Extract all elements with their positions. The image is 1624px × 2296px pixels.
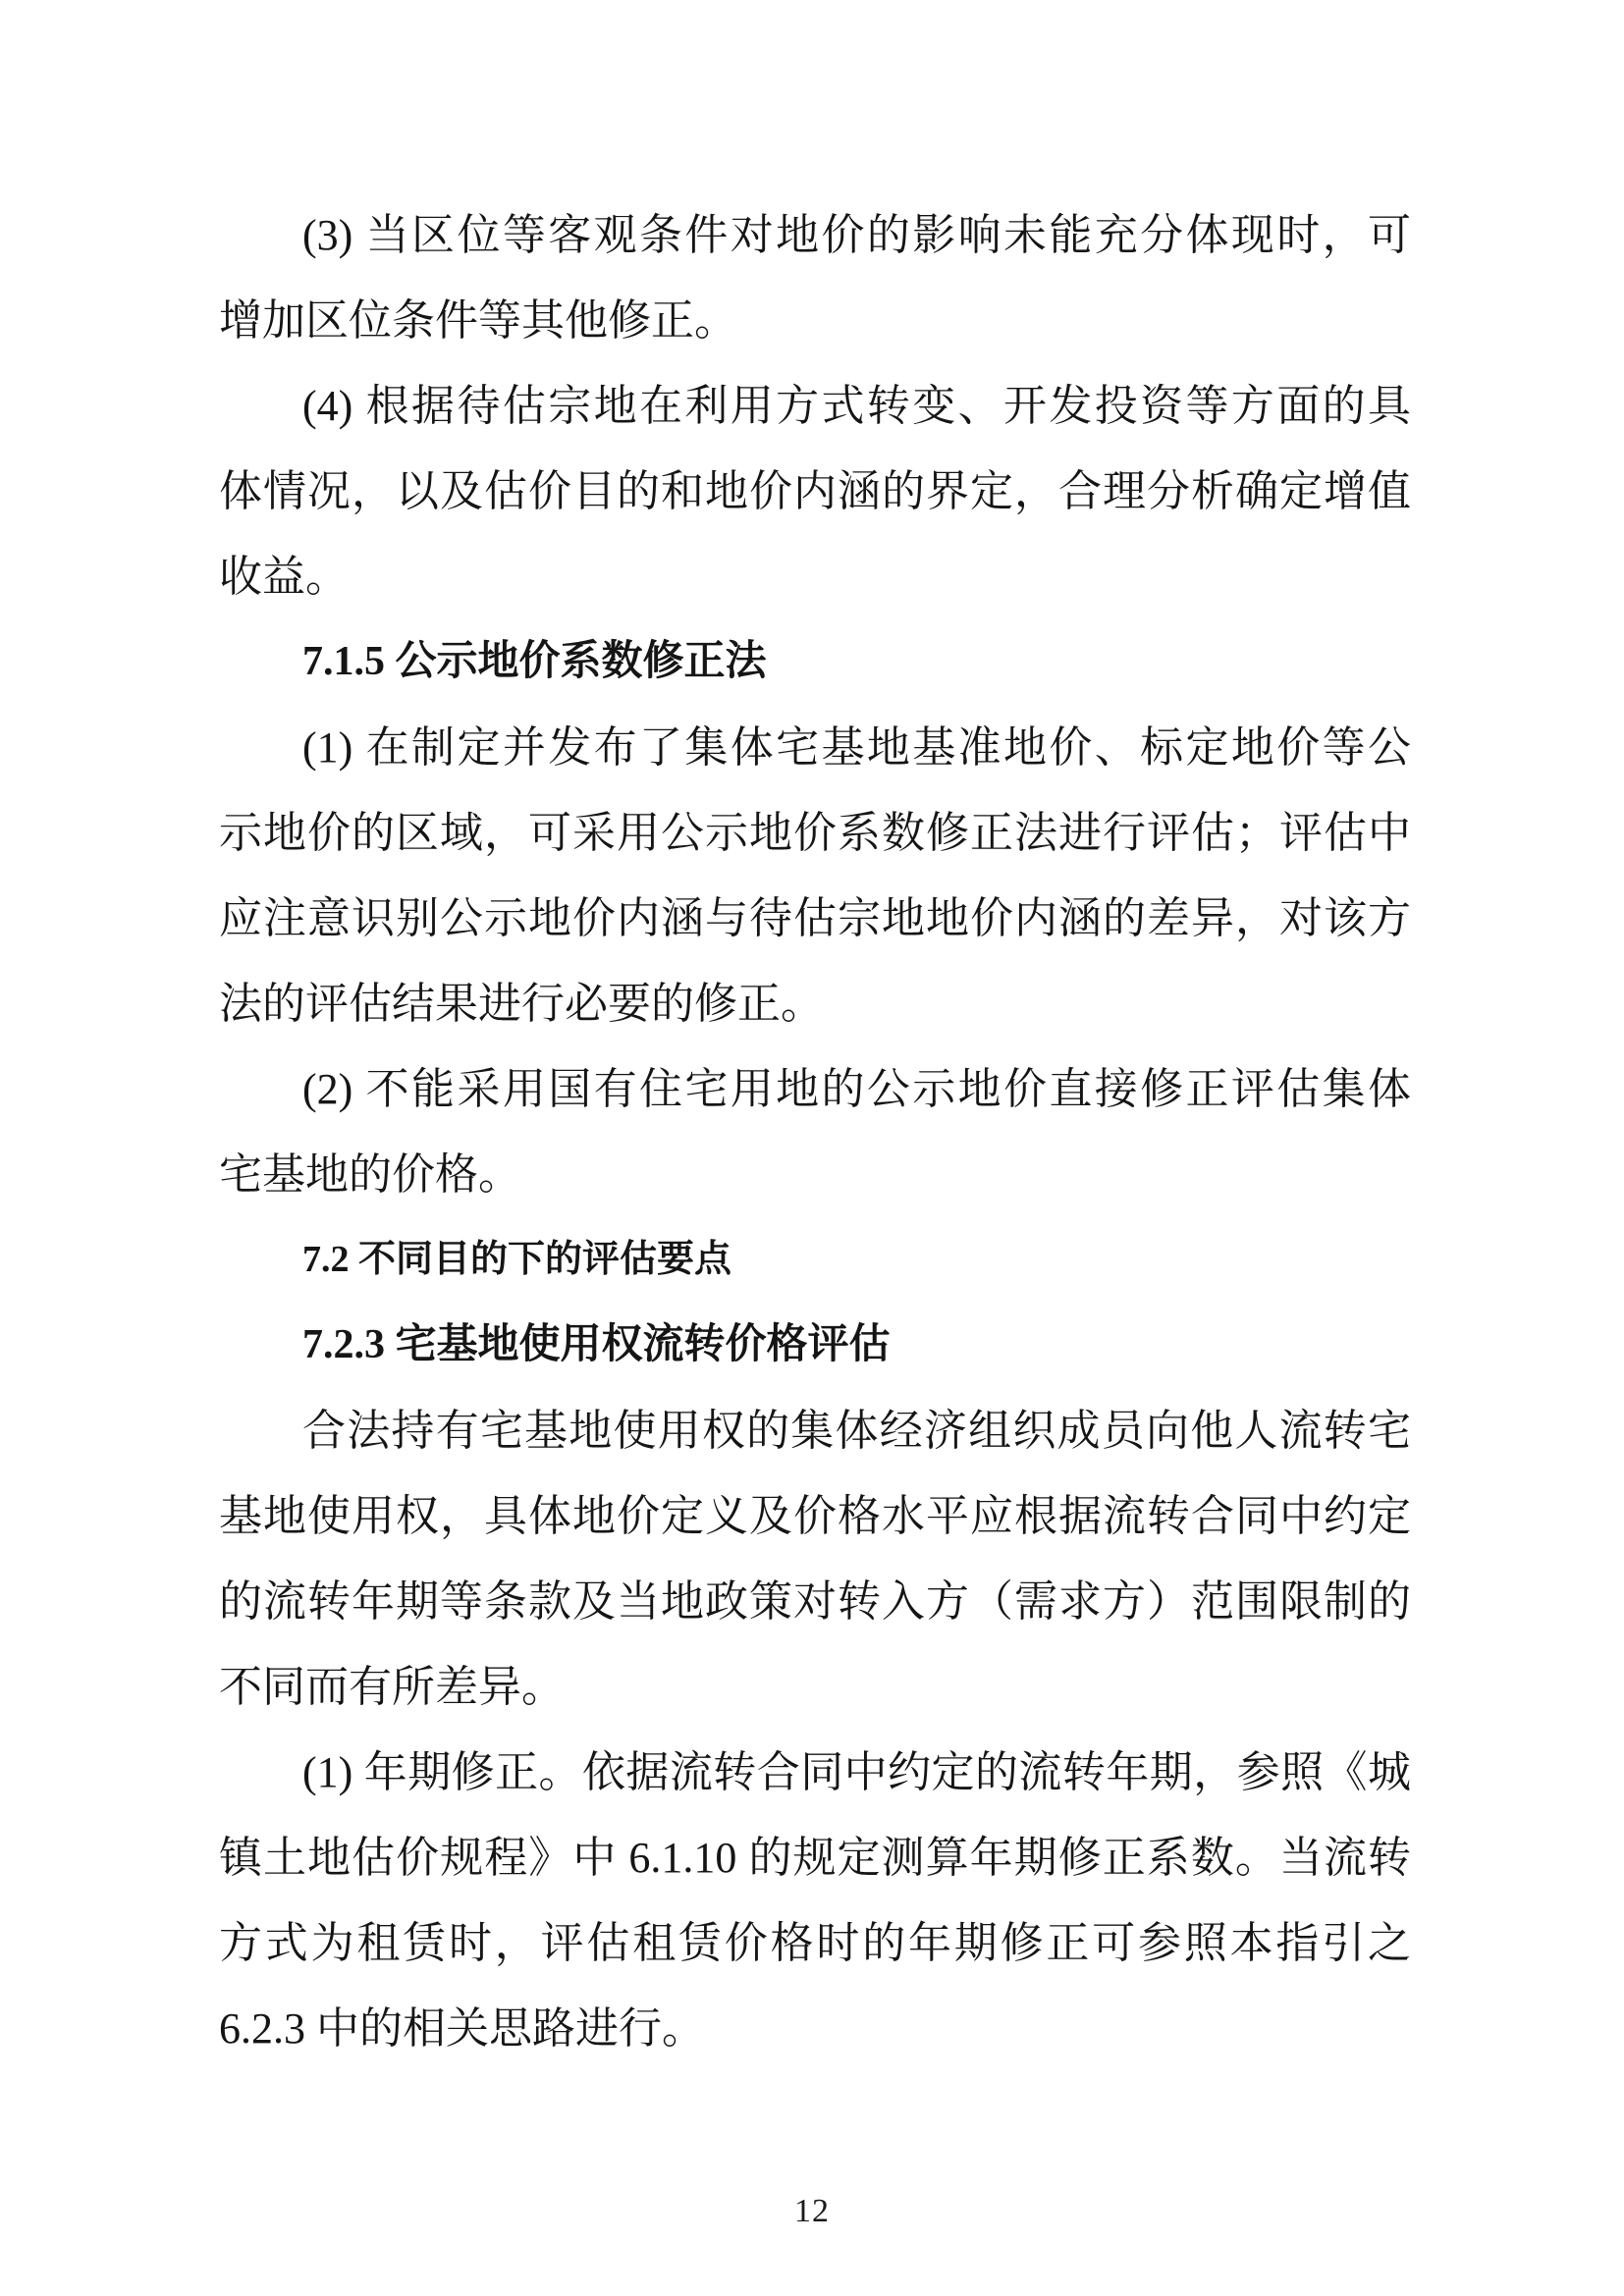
paragraph-5-line-2: 基地使用权，具体地价定义及价格水平应根据流转合同中约定: [219, 1473, 1411, 1559]
paragraph-1-line-2: 示地价的区域，可采用公示地价系数修正法进行评估；评估中: [219, 790, 1411, 876]
paragraph-4-line-3: 收益。: [219, 534, 1411, 619]
page-number: 12: [794, 2193, 830, 2229]
paragraph-4-line-1: (4) 根据待估宗地在利用方式转变、开发投资等方面的具: [219, 363, 1411, 449]
page-footer: 12: [0, 2192, 1624, 2231]
paragraph-4-line-2: 体情况，以及估价目的和地价内涵的界定，合理分析确定增值: [219, 449, 1411, 534]
paragraph-1-line-1: (1) 在制定并发布了集体宅基地基准地价、标定地价等公: [219, 705, 1411, 790]
paragraph-1-line-3: 应注意识别公示地价内涵与待估宗地地价内涵的差异，对该方: [219, 876, 1411, 961]
document-body: (3) 当区位等客观条件对地价的影响未能充分体现时，可 增加区位条件等其他修正。…: [219, 192, 1411, 2071]
paragraph-5-line-3: 的流转年期等条款及当地政策对转入方（需求方）范围限制的: [219, 1559, 1411, 1644]
paragraph-5-line-1: 合法持有宅基地使用权的集体经济组织成员向他人流转宅: [219, 1388, 1411, 1473]
section-heading-7-1-5: 7.1.5 公示地价系数修正法: [219, 619, 1411, 705]
document-page: (3) 当区位等客观条件对地价的影响未能充分体现时，可 增加区位条件等其他修正。…: [0, 0, 1624, 2296]
paragraph-3-line-2: 增加区位条件等其他修正。: [219, 278, 1411, 363]
section-heading-7-2-3: 7.2.3 宅基地使用权流转价格评估: [219, 1303, 1411, 1388]
paragraph-3-line-1: (3) 当区位等客观条件对地价的影响未能充分体现时，可: [219, 192, 1411, 278]
paragraph-6-line-4: 6.2.3 中的相关思路进行。: [219, 1986, 1411, 2071]
paragraph-2-line-2: 宅基地的价格。: [219, 1132, 1411, 1217]
paragraph-6-line-3: 方式为租赁时，评估租赁价格时的年期修正可参照本指引之: [219, 1900, 1411, 1986]
paragraph-6-line-1: (1) 年期修正。依据流转合同中约定的流转年期，参照《城: [219, 1730, 1411, 1815]
paragraph-5-line-4: 不同而有所差异。: [219, 1644, 1411, 1730]
paragraph-6-line-2: 镇土地估价规程》中 6.1.10 的规定测算年期修正系数。当流转: [219, 1815, 1411, 1900]
section-heading-7-2: 7.2 不同目的下的评估要点: [219, 1217, 1411, 1303]
paragraph-1-line-4: 法的评估结果进行必要的修正。: [219, 961, 1411, 1046]
paragraph-2-line-1: (2) 不能采用国有住宅用地的公示地价直接修正评估集体: [219, 1046, 1411, 1132]
